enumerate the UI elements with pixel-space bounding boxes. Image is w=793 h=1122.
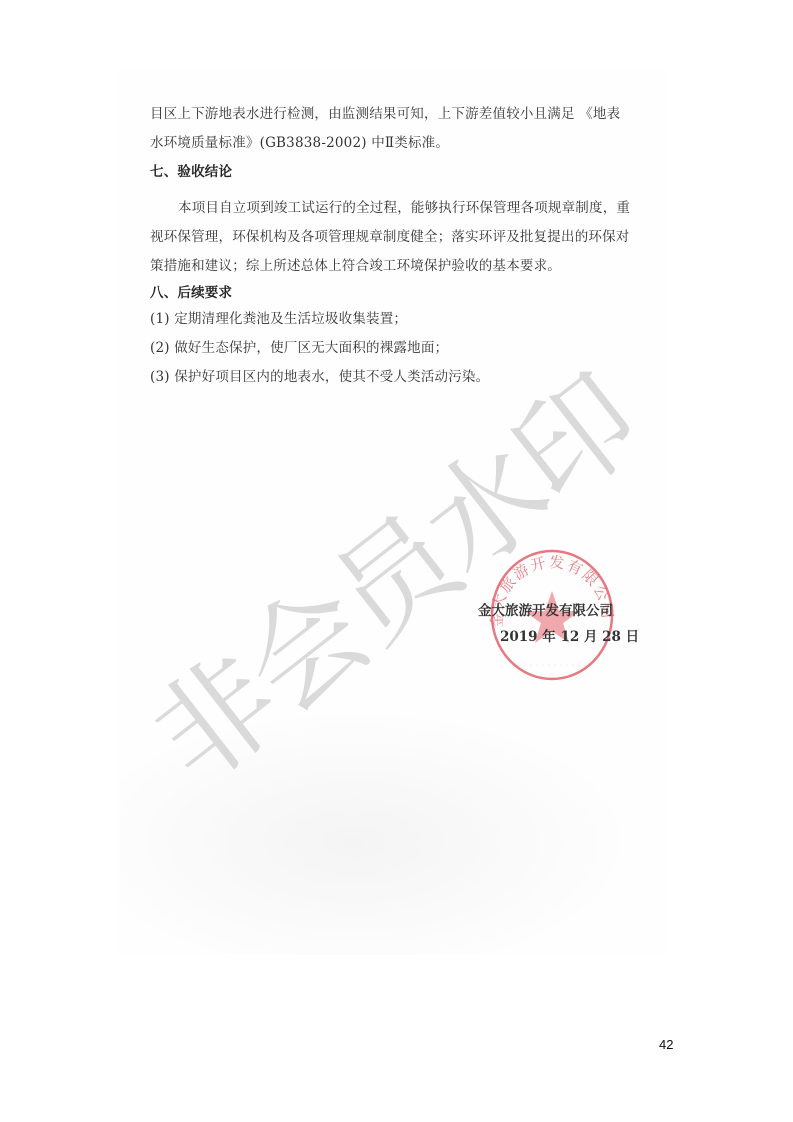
document-body: 目区上下游地表水进行检测，由监测结果可知，上下游差值较小且满足 《地表 水环境质… bbox=[150, 100, 670, 392]
section-8-heading: 八、后续要求 bbox=[150, 281, 670, 305]
section-7-heading: 七、验收结论 bbox=[150, 158, 670, 187]
section-8-item: (1) 定期清理化粪池及生活垃圾收集装置； bbox=[150, 305, 670, 334]
paragraph-continuation-line: 目区上下游地表水进行检测，由监测结果可知，上下游差值较小且满足 《地表 bbox=[150, 100, 670, 129]
signature-company: 金大旅游开发有限公司 bbox=[478, 598, 639, 624]
section-8-item: (2) 做好生态保护，使厂区无大面积的裸露地面； bbox=[150, 334, 670, 363]
section-7-body-line: 视环保管理，环保机构及各项管理规章制度健全；落实环评及批复提出的环保对 bbox=[150, 223, 670, 252]
signature-date: 2019 年 12 月 28 日 bbox=[478, 624, 639, 650]
section-7-body-line: 本项目自立项到竣工试运行的全过程，能够执行环保管理各项规章制度，重 bbox=[150, 194, 670, 223]
page-number: 42 bbox=[659, 1037, 673, 1052]
section-7-body-line: 策措施和建议；综上所述总体上符合竣工环境保护验收的基本要求。 bbox=[150, 252, 670, 281]
svg-text:· · · · · · · · · · · ·: · · · · · · · · · · · · bbox=[517, 663, 586, 669]
paragraph-continuation-line: 水环境质量标准》(GB3838-2002) 中Ⅱ类标准。 bbox=[150, 129, 670, 158]
signature-block: 金大旅游开发有限公司 2019 年 12 月 28 日 bbox=[478, 598, 639, 650]
